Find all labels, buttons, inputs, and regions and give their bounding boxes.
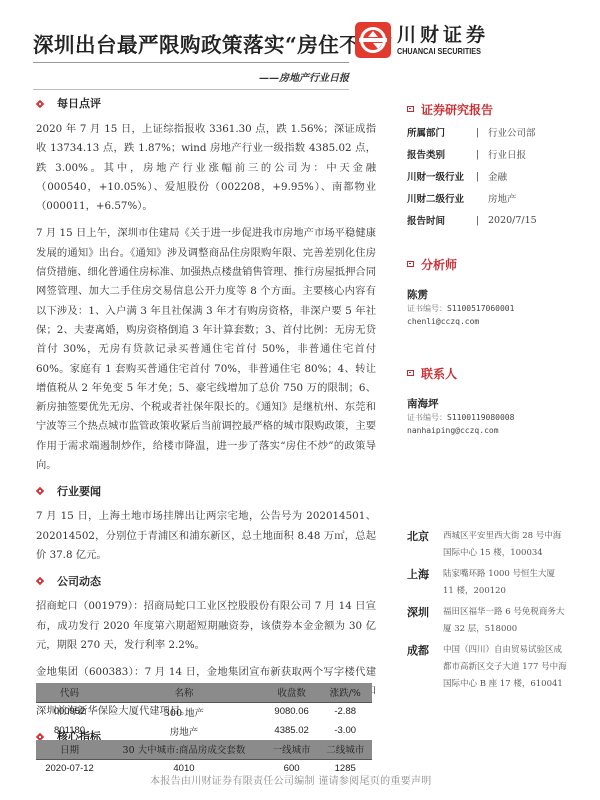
info-row-department: 所属部门 | 行业公司部 [407,121,592,143]
square-bullet-icon [407,106,414,112]
section-heading-industry-news: 行业要闻 [36,483,376,499]
address-beijing: 北京 西城区平安里西大街 28 号中海国际中心 15 楼，100034 [407,528,592,562]
core-indicators-table: 代码 名称 收盘数 涨跌/% 000952 300 地产 9080.06 -2.… [36,683,372,778]
paragraph: 7 月 15 日上午，深圳市住建局《关于进一步促进我市房地产市场平稳健康发展的通… [36,224,376,475]
contact-email[interactable]: nanhaiping@cczq.com [407,424,592,437]
square-bullet-icon [407,261,414,267]
info-row-report-type: 报告类别 | 行业日报 [407,143,592,165]
chuancai-logo-icon [355,22,391,58]
title-divider [33,62,349,63]
analyst-email[interactable]: chenli@cczq.com [407,315,592,328]
table-header-row: 代码 名称 收盘数 涨跌/% [36,683,372,702]
table-row: 801180 房地产 4385.02 -3.00 [36,721,372,740]
company-logo: 川财证券 CHUANCAI SECURITIES [355,22,496,58]
diamond-bullet-icon [36,487,45,496]
logo-chinese-name: 川财证券 [397,24,496,46]
contact-card: 南海坪 证书编号：S1100119080008 nanhaiping@cczq.… [407,396,592,437]
sidebar-heading-report: 证券研究报告 [407,100,592,118]
paragraph: 2020 年 7 月 15 日，上证综指报收 3361.30 点，跌 1.56%… [36,120,376,216]
table-row: 000952 300 地产 9080.06 -2.88 [36,702,372,721]
paragraph: 招商蛇口（001979）：招商局蛇口工业区控股股份有限公司 7 月 14 日宣布… [36,597,376,655]
table-header-row: 日期 30 大中城市:商品房成交套数 一线城市 二线城市 [36,740,372,759]
analyst-card: 陈雳 证书编号：S1100517060001 chenli@cczq.com [407,287,592,328]
logo-english-name: CHUANCAI SECURITIES [397,46,481,56]
sidebar: 证券研究报告 所属部门 | 行业公司部 报告类别 | 行业日报 川财一级行业 |… [407,100,592,437]
paragraph: 7 月 15 日，上海土地市场挂牌出让两宗宅地，公告号为 202014501、2… [36,507,376,565]
disclaimer-footer: 本报告由川财证券有限责任公司编制 谨请参阅尾页的重要声明 [150,772,432,787]
sidebar-heading-analyst: 分析师 [407,255,592,273]
address-shenzhen: 深圳 福田区福华一路 6 号免税商务大厦 32 层，518000 [407,604,592,638]
info-row-industry-l1: 川财一级行业 | 金融 [407,165,592,187]
analyst-cert: 证书编号：S1100517060001 [407,302,592,315]
analyst-name: 陈雳 [407,287,592,302]
section-heading-company-news: 公司动态 [36,573,376,589]
diamond-bullet-icon [36,100,45,109]
square-bullet-icon [407,370,414,376]
address-shanghai: 上海 陆家嘴环路 1000 号恒生大厦 11 楼，200120 [407,566,592,600]
report-title: 深圳出台最严限购政策落实“房住不炒” [33,28,394,58]
section-heading-daily-review: 每日点评 [36,96,376,112]
contact-cert: 证书编号：S1100119080008 [407,411,592,424]
info-row-industry-l2: 川财二级行业 房地产 [407,187,592,209]
main-content: 每日点评 2020 年 7 月 15 日，上证综指报收 3361.30 点，跌 … [36,96,376,753]
diamond-bullet-icon [36,577,45,586]
info-row-report-date: 报告时间 | 2020/7/15 [407,209,592,231]
report-subtitle: ——房地产行业日报 [259,69,349,84]
subtitle-divider [33,89,349,90]
address-chengdu: 成都 中国（四川）自由贸易试验区成都市高新区交子大道 177 号中海国际中心 B… [407,642,592,693]
sidebar-heading-contact: 联系人 [407,364,592,382]
contact-name: 南海坪 [407,396,592,411]
